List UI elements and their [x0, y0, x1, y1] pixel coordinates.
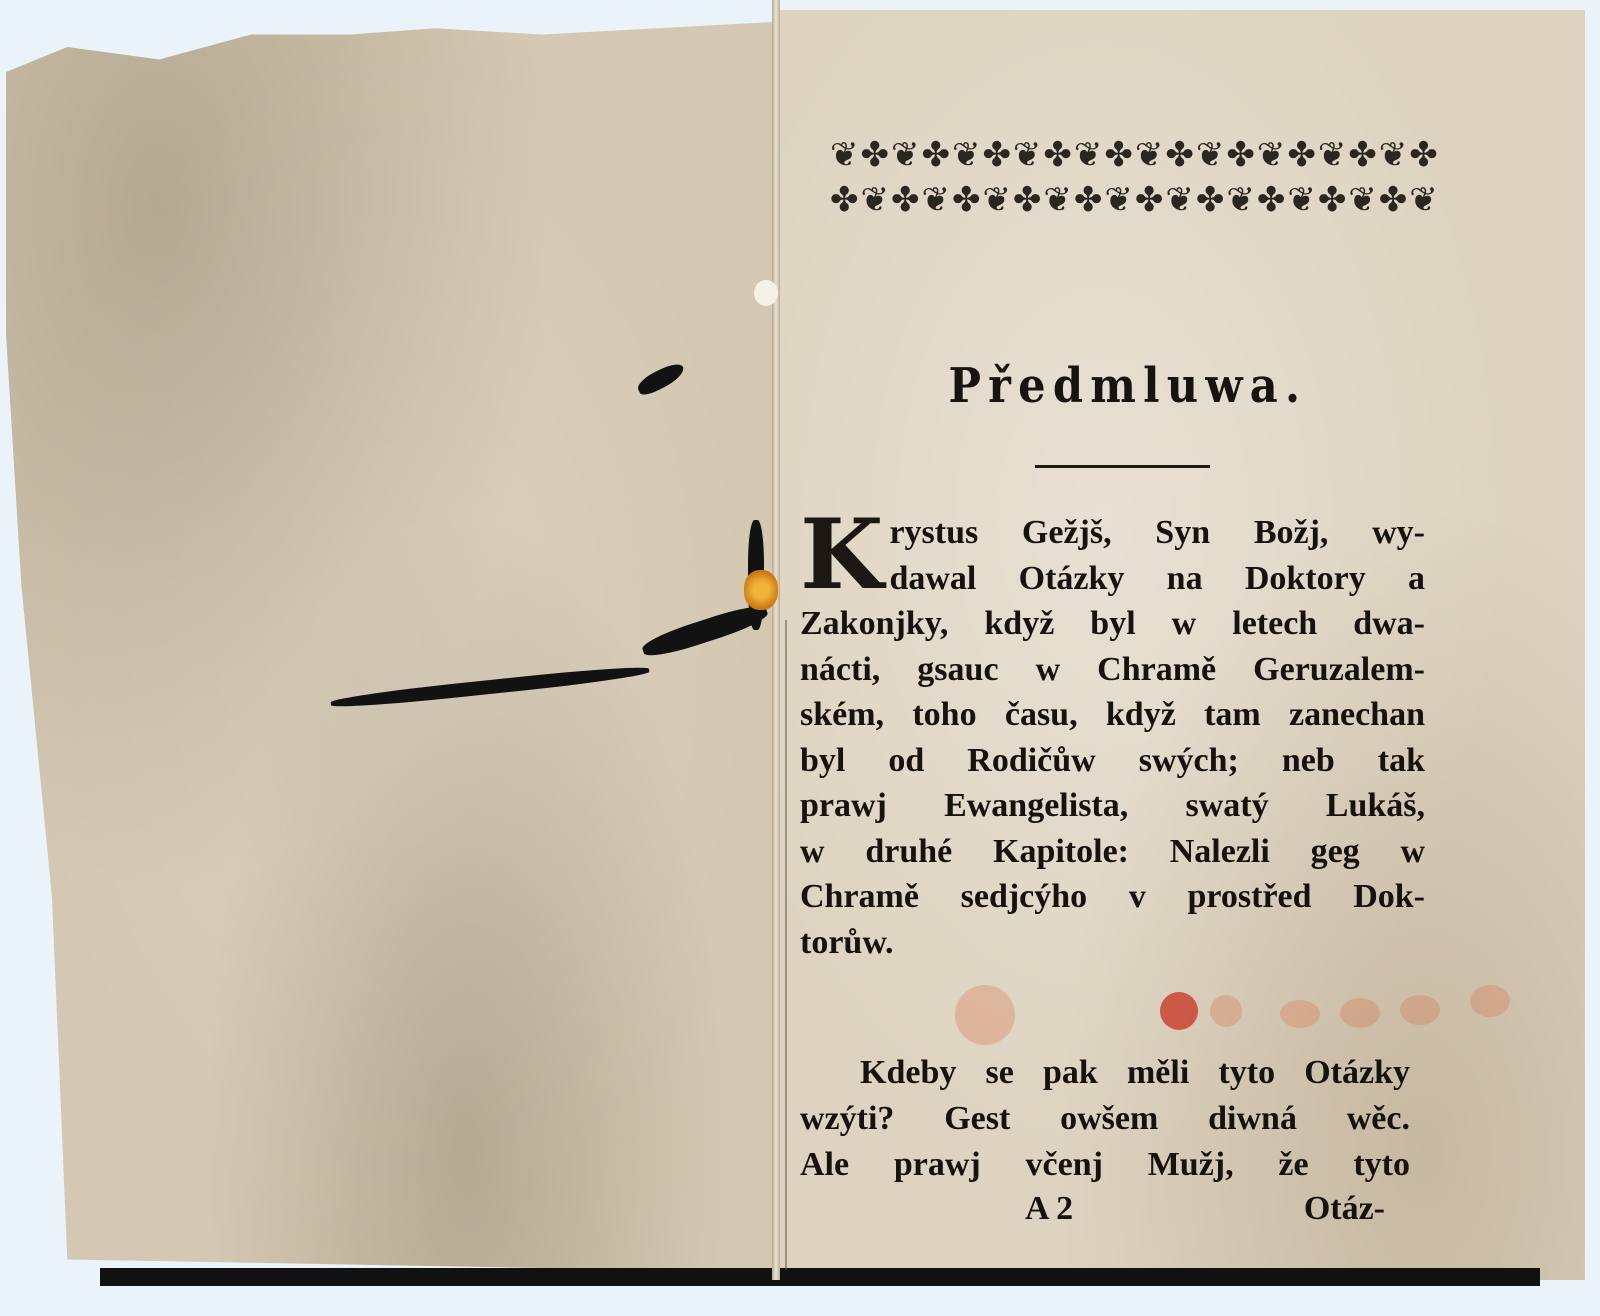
text-line: prawj Ewangelista, swatý Lukáš, — [800, 783, 1425, 829]
page-title: Předmluwa. — [949, 358, 1282, 414]
page-fold — [785, 620, 787, 1270]
binding-thread — [744, 570, 778, 610]
catchword: Otáz- — [1304, 1190, 1385, 1228]
text-line: dawal Otázky na Doktory a — [800, 556, 1425, 602]
book-spine — [772, 0, 780, 1280]
page-footer: A 2 Otáz- — [800, 1190, 1410, 1236]
red-ink-stain — [1400, 995, 1440, 1025]
paragraph-2: Kdeby se pak měli tyto Otázky wzýti? Ges… — [800, 1050, 1410, 1188]
book-spread: ❦✤❦✤❦✤❦✤❦✤❦✤❦✤❦✤❦✤❦✤ ✤❦✤❦✤❦✤❦✤❦✤❦✤❦✤❦✤❦✤… — [0, 0, 1600, 1316]
paragraph-1: K rystus Gežjš, Syn Božj, wy- dawal Otáz… — [800, 510, 1425, 965]
signature-mark: A 2 — [1025, 1190, 1073, 1228]
red-ink-stain — [1210, 995, 1242, 1027]
ornament-row: ❦✤❦✤❦✤❦✤❦✤❦✤❦✤❦✤❦✤❦✤ — [830, 135, 1440, 175]
decorative-ornament-band: ❦✤❦✤❦✤❦✤❦✤❦✤❦✤❦✤❦✤❦✤ ✤❦✤❦✤❦✤❦✤❦✤❦✤❦✤❦✤❦✤… — [830, 135, 1440, 220]
drop-cap: K — [800, 514, 883, 596]
text-line: rystus Gežjš, Syn Božj, wy- — [800, 510, 1425, 556]
text-line: Kdeby se pak měli tyto Otázky — [800, 1050, 1410, 1096]
text-line: wzýti? Gest owšem diwná wěc. — [800, 1096, 1410, 1142]
red-ink-stain — [1340, 998, 1380, 1028]
red-ink-stain — [955, 985, 1015, 1045]
ornament-row: ✤❦✤❦✤❦✤❦✤❦✤❦✤❦✤❦✤❦✤❦ — [830, 180, 1440, 220]
text-line: Chramě sedjcýho v prostřed Dok- — [800, 874, 1425, 920]
text-line: nácti, gsauc w Chramě Geruzalem- — [800, 647, 1425, 693]
red-ink-stain — [1470, 985, 1510, 1017]
title-rule — [1035, 465, 1210, 468]
text-line: w druhé Kapitole: Nalezli geg w — [800, 829, 1425, 875]
red-ink-stain — [1280, 1000, 1320, 1028]
text-line: torůw. — [800, 920, 1425, 966]
text-line: byl od Rodičůw swých; neb tak — [800, 738, 1425, 784]
text-line: Ale prawj včenj Mužj, že tyto — [800, 1142, 1410, 1188]
red-ink-stain — [1160, 992, 1198, 1030]
page-bottom-shadow — [100, 1268, 1540, 1286]
binding-thread-top — [754, 280, 778, 306]
text-line: ském, toho času, když tam zanechan — [800, 692, 1425, 738]
text-line: Zakonjky, když byl w letech dwa- — [800, 601, 1425, 647]
